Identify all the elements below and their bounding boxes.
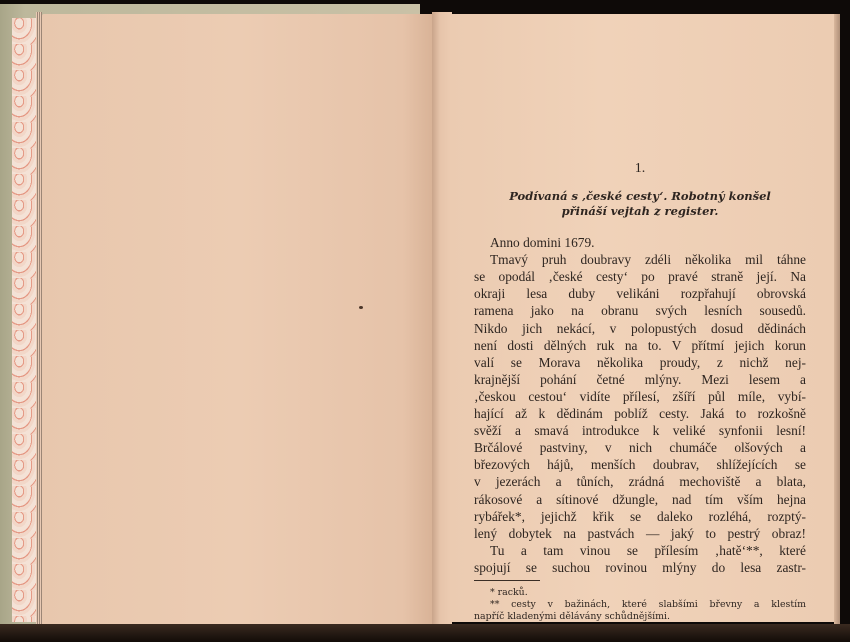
- footnote: * racků.: [474, 587, 806, 599]
- chapter-title-line: Podívaná s ‚české cesty‘. Robotný konšel: [474, 189, 806, 204]
- text-line: svěží a smavá introdukce k veliké synfon…: [474, 422, 806, 439]
- text-line: spojují se suchou rovinou mlýny do lesa …: [474, 559, 806, 576]
- text-line: není dosti dělných ruk na to. V přítmí j…: [474, 337, 806, 354]
- text-line: Nikdo jich nekácí, v polopustých dosud d…: [474, 320, 806, 337]
- footnotes: * racků. ** cesty v bažinách, které slab…: [474, 587, 806, 623]
- chapter-title-line: přináší vejtah z register.: [474, 204, 806, 219]
- paragraph-2: Tu a tam vinou se přílesím ‚hatě‘**, kte…: [474, 542, 806, 576]
- text-line: Tmavý pruh doubravy zdéli několika mil t…: [474, 251, 806, 268]
- text-line: Brčálové pastviny, v nich chumáče olšový…: [474, 439, 806, 456]
- text-line: březových hájů, menších doubrav, shlížej…: [474, 456, 806, 473]
- opening-line: Anno domini 1679.: [474, 234, 806, 251]
- paper-spot: [359, 306, 363, 309]
- page-edges-right: [834, 14, 840, 624]
- right-page-text: 1. Podívaná s ‚české cesty‘. Robotný kon…: [474, 160, 806, 623]
- footnote: ** cesty v bažinách, které slabšími břev…: [474, 599, 806, 611]
- text-line: se opodál ‚české cesty‘ po pravé straně …: [474, 268, 806, 285]
- text-line: lený dobytek na pastvách — jaký to pestr…: [474, 525, 806, 542]
- text-line: v jezerách a tůních, zrádná mechoviště a…: [474, 473, 806, 490]
- text-line: Tu a tam vinou se přílesím ‚hatě‘**, kte…: [474, 542, 806, 559]
- text-line: rybářek*, jejichž křik se daleko rozléhá…: [474, 508, 806, 525]
- marbled-endpaper: [12, 18, 37, 622]
- text-line: hající až k dědinám poblíž cesty. Jaká t…: [474, 405, 806, 422]
- text-line: ramena jako na obranu svých lesních sous…: [474, 302, 806, 319]
- book-gutter: [432, 12, 452, 626]
- bottom-shadow: [0, 624, 850, 642]
- left-page-blank: [42, 14, 434, 626]
- footnote-divider: [474, 580, 540, 581]
- text-line: ‚českou cestou‘ vidíte přílesí, zšíří pů…: [474, 388, 806, 405]
- text-line: krajnější pohání četné mlýny. Mezi lesem…: [474, 371, 806, 388]
- footnote: napříč kladenými dělávány schůdnějšími.: [474, 611, 806, 623]
- text-line: valí se Morava několika proudy, z nichž …: [474, 354, 806, 371]
- paragraph-1: Tmavý pruh doubravy zdéli několika mil t…: [474, 251, 806, 542]
- text-line: Anno domini 1679.: [474, 234, 806, 251]
- chapter-title: Podívaná s ‚české cesty‘. Robotný konšel…: [474, 189, 806, 219]
- text-line: okraji lesa duby velikáni rozpřahují obr…: [474, 285, 806, 302]
- text-line: rákosové a sítinové džungle, nad tím vší…: [474, 491, 806, 508]
- chapter-number: 1.: [474, 160, 806, 177]
